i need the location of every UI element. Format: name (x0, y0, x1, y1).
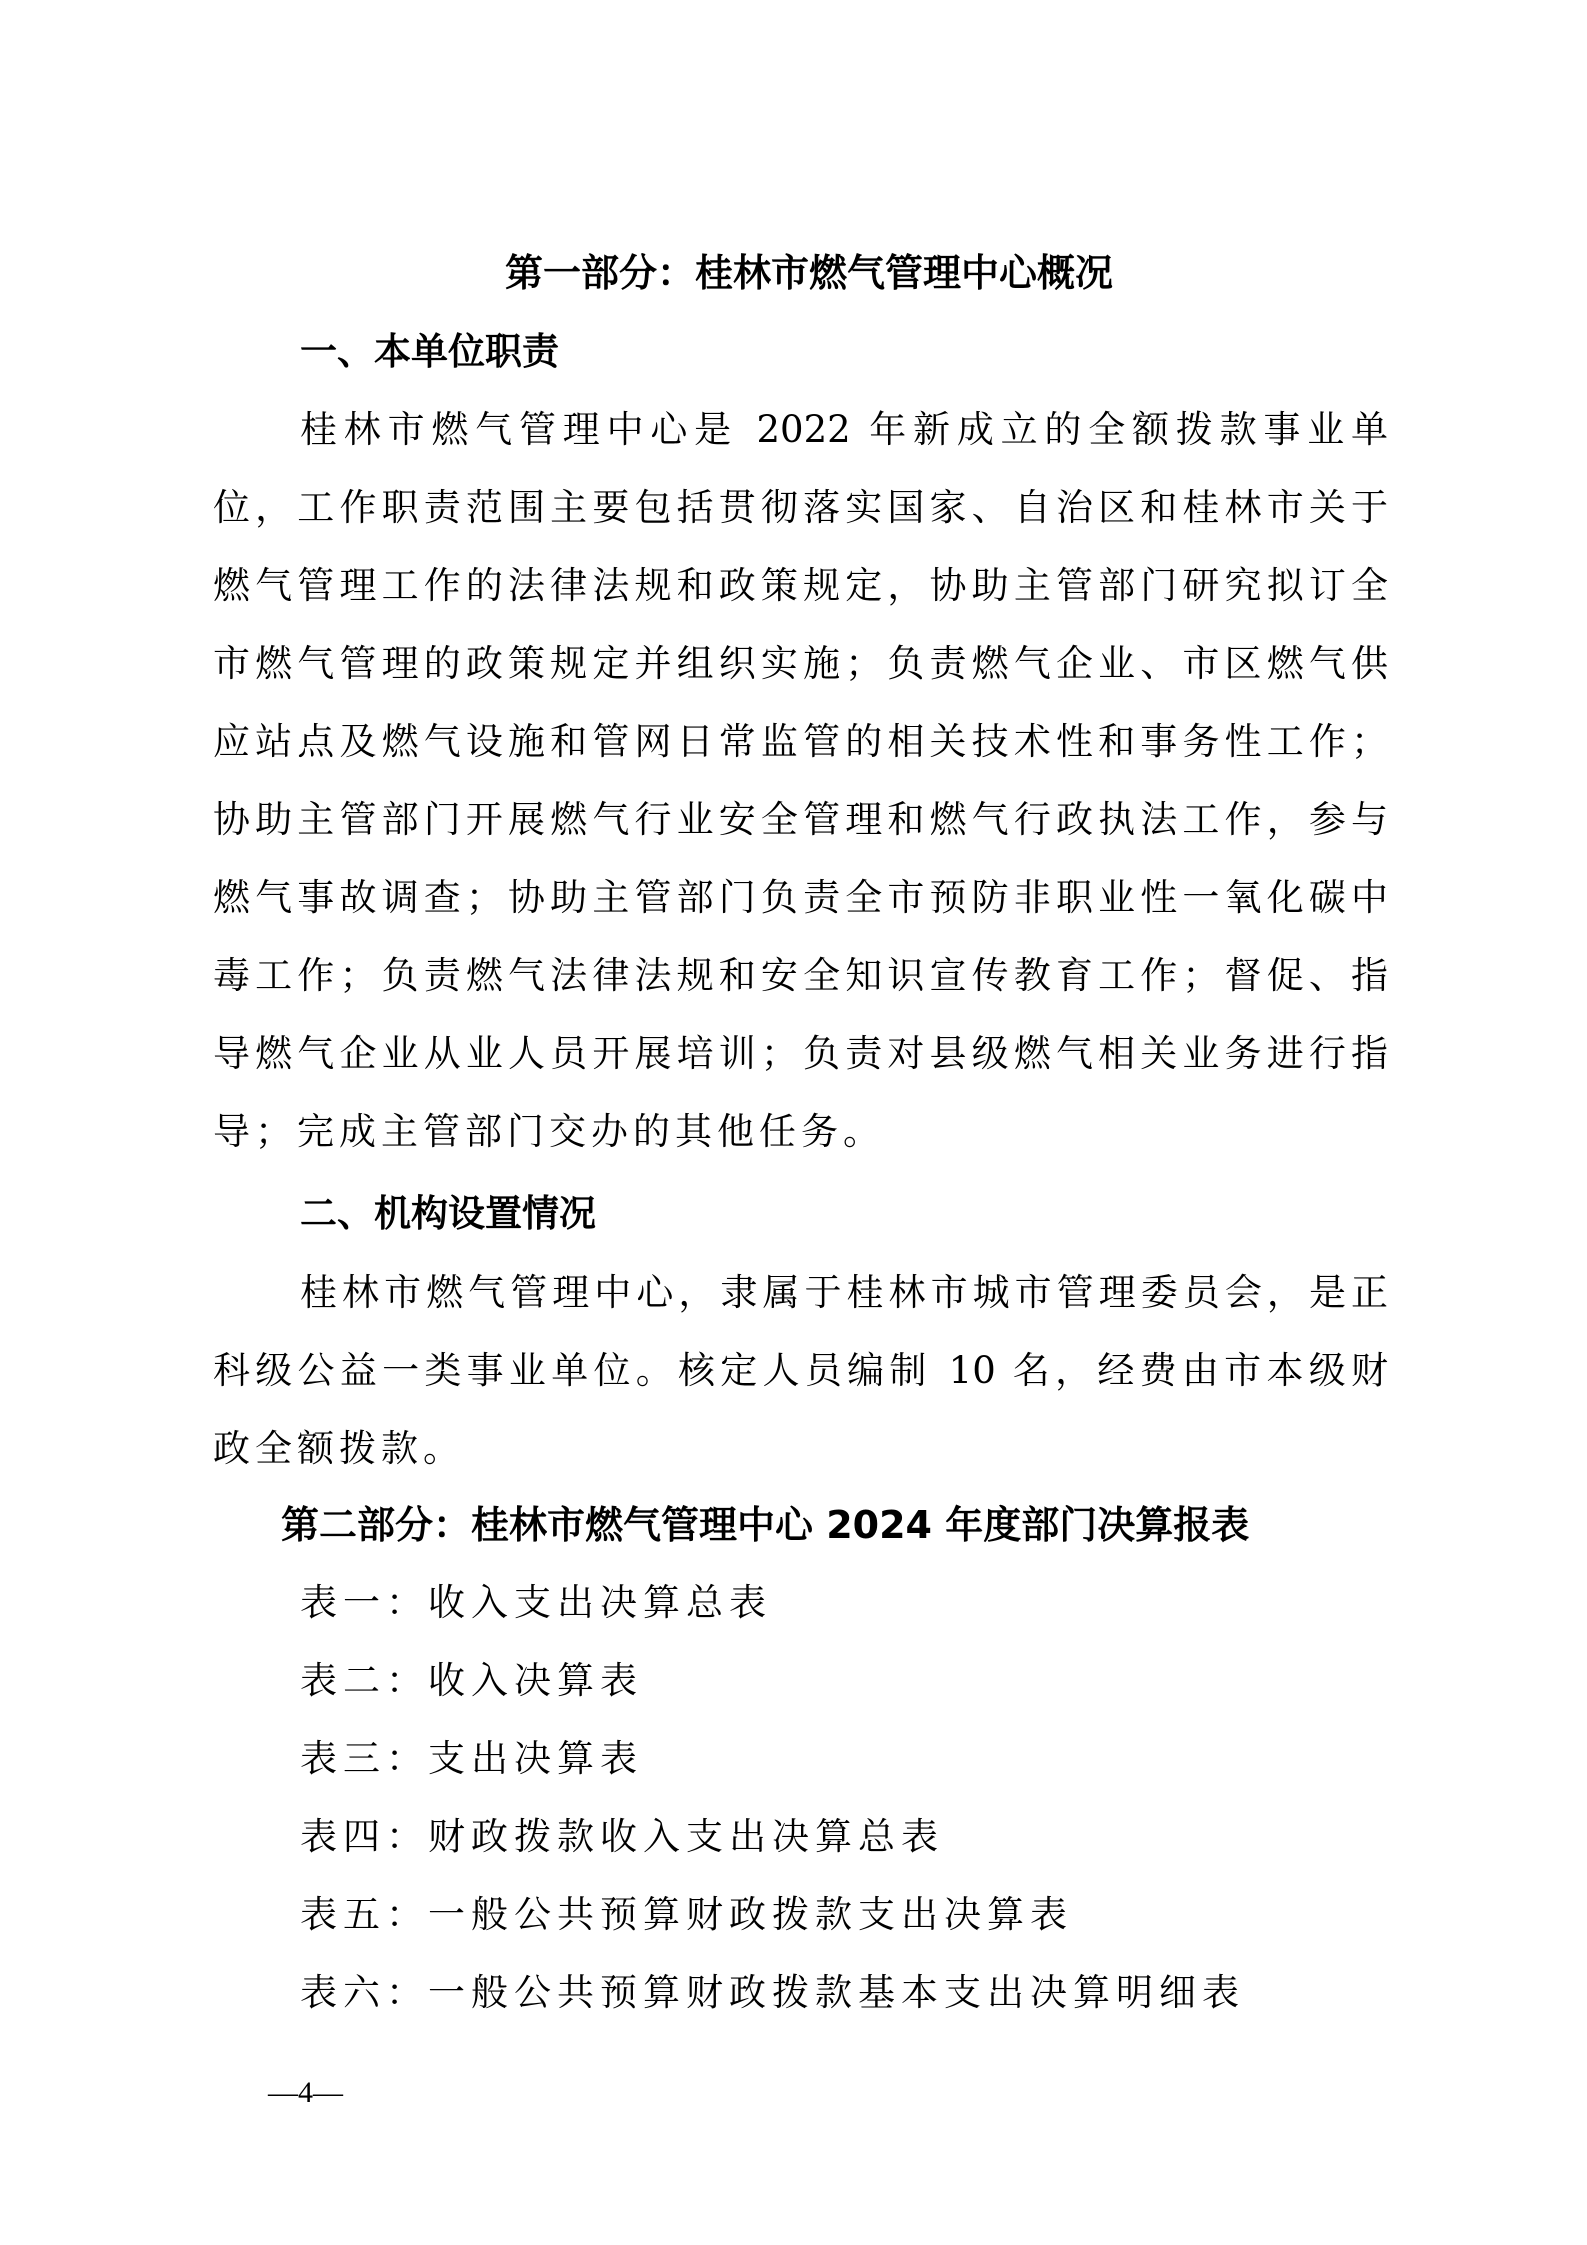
paragraph-line: 毒工作；负责燃气法律法规和安全知识宣传教育工作；督促、指 (213, 953, 1388, 999)
table-name: 收入支出决算总表 (428, 1581, 772, 1624)
section2-heading: 二、机构设置情况 (300, 1191, 640, 1237)
table-name: 财政拨款收入支出决算总表 (428, 1815, 944, 1858)
table-list-item: 表五：一般公共预算财政拨款支出决算表 (300, 1892, 1073, 1938)
table-label: 表六： (300, 1970, 428, 2016)
table-label: 表二： (300, 1658, 428, 1704)
table-list-item: 表一：收入支出决算总表 (300, 1580, 772, 1626)
table-name: 一般公共预算财政拨款基本支出决算明细表 (428, 1971, 1245, 2014)
table-label: 表四： (300, 1814, 428, 1860)
paragraph-line: 科级公益一类事业单位。核定人员编制 10 名，经费由市本级财 (213, 1348, 1388, 1394)
table-label: 表五： (300, 1892, 428, 1938)
paragraph-line: 市燃气管理的政策规定并组织实施；负责燃气企业、市区燃气供 (213, 641, 1388, 687)
table-name: 支出决算表 (428, 1737, 643, 1780)
table-name: 收入决算表 (428, 1659, 643, 1702)
table-list-item: 表六：一般公共预算财政拨款基本支出决算明细表 (300, 1970, 1245, 2016)
table-list-item: 表二：收入决算表 (300, 1658, 643, 1704)
paragraph-line: 导；完成主管部门交办的其他任务。 (213, 1109, 885, 1155)
paragraph-line: 桂林市燃气管理中心，隶属于桂林市城市管理委员会，是正 (300, 1270, 1388, 1316)
table-name: 一般公共预算财政拨款支出决算表 (428, 1893, 1073, 1936)
paragraph-line: 政全额拨款。 (213, 1426, 465, 1472)
table-list-item: 表四：财政拨款收入支出决算总表 (300, 1814, 944, 1860)
table-label: 表一： (300, 1580, 428, 1626)
table-list-item: 表三：支出决算表 (300, 1736, 643, 1782)
paragraph-line: 燃气事故调查；协助主管部门负责全市预防非职业性一氧化碳中 (213, 875, 1388, 921)
page-number: —4— (268, 2076, 343, 2110)
paragraph-line: 燃气管理工作的法律法规和政策规定，协助主管部门研究拟订全 (213, 563, 1388, 609)
paragraph-line: 桂林市燃气管理中心是 2022 年新成立的全额拨款事业单 (300, 407, 1388, 453)
part2-title: 第二部分：桂林市燃气管理中心 2024 年度部门决算报表 (281, 1502, 1331, 1548)
paragraph-line: 位，工作职责范围主要包括贯彻落实国家、自治区和桂林市关于 (213, 485, 1388, 531)
paragraph-line: 应站点及燃气设施和管网日常监管的相关技术性和事务性工作； (213, 719, 1388, 765)
paragraph-line: 协助主管部门开展燃气行业安全管理和燃气行政执法工作，参与 (213, 797, 1388, 843)
document-page: 第一部分：桂林市燃气管理中心概况 一、本单位职责 桂林市燃气管理中心是 2022… (0, 0, 1587, 2245)
part1-title: 第一部分：桂林市燃气管理中心概况 (505, 250, 1195, 296)
table-label: 表三： (300, 1736, 428, 1782)
section1-heading: 一、本单位职责 (300, 329, 620, 375)
paragraph-line: 导燃气企业从业人员开展培训；负责对县级燃气相关业务进行指 (213, 1031, 1388, 1077)
